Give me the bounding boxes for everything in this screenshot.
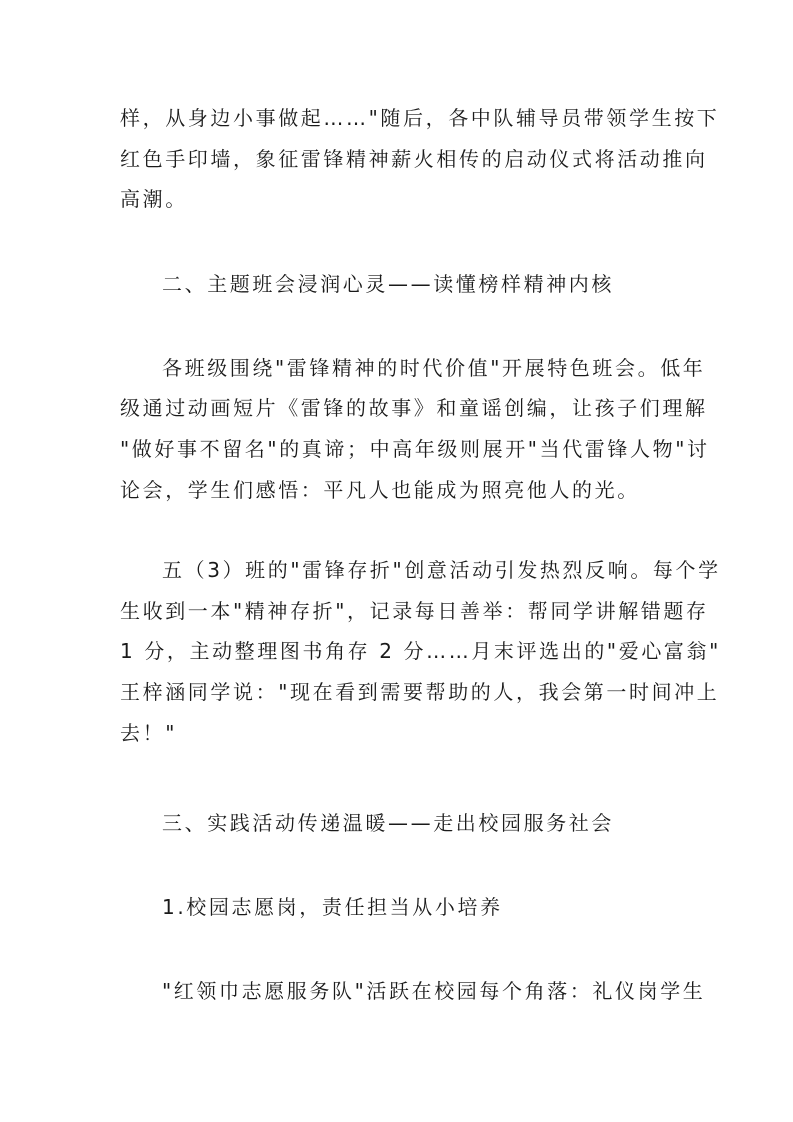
paragraph-line: "做好事不留名"的真谛；中高年级则展开"当代雷锋人物"讨 [120,437,680,461]
section-heading: 二、主题班会浸润心灵——读懂榜样精神内核 [162,272,722,296]
paragraph-line: 高潮。 [120,187,680,211]
paragraph-line: "红领巾志愿服务队"活跃在校园每个角落：礼仪岗学生 [162,979,722,1003]
paragraph-line: 王梓涵同学说："现在看到需要帮助的人，我会第一时间冲上 [120,680,680,704]
paragraph-line: 样，从身边小事做起……"随后，各中队辅导员带领学生按下 [120,106,680,130]
paragraph-line: 级通过动画短片《雷锋的故事》和童谣创编，让孩子们理解 [120,396,680,420]
paragraph-line: 红色手印墙，象征雷锋精神薪火相传的启动仪式将活动推向 [120,147,680,171]
paragraph-line: 论会，学生们感悟：平凡人也能成为照亮他人的光。 [120,478,680,502]
paragraph-line: 各班级围绕"雷锋精神的时代价值"开展特色班会。低年 [162,356,722,380]
paragraph-line: 生收到一本"精神存折"，记录每日善举：帮同学讲解错题存 [120,599,680,623]
section-heading: 三、实践活动传递温暖——走出校园服务社会 [162,811,722,835]
paragraph-line: 1 分，主动整理图书角存 2 分……月末评选出的"爱心富翁" [120,639,680,663]
document-page: 样，从身边小事做起……"随后，各中队辅导员带领学生按下 红色手印墙，象征雷锋精神… [0,0,793,1122]
paragraph-line: 五（3）班的"雷锋存折"创意活动引发热烈反响。每个学 [162,558,722,582]
paragraph-line: 去！" [120,721,680,745]
subsection-heading: 1.校园志愿岗，责任担当从小培养 [162,895,722,919]
